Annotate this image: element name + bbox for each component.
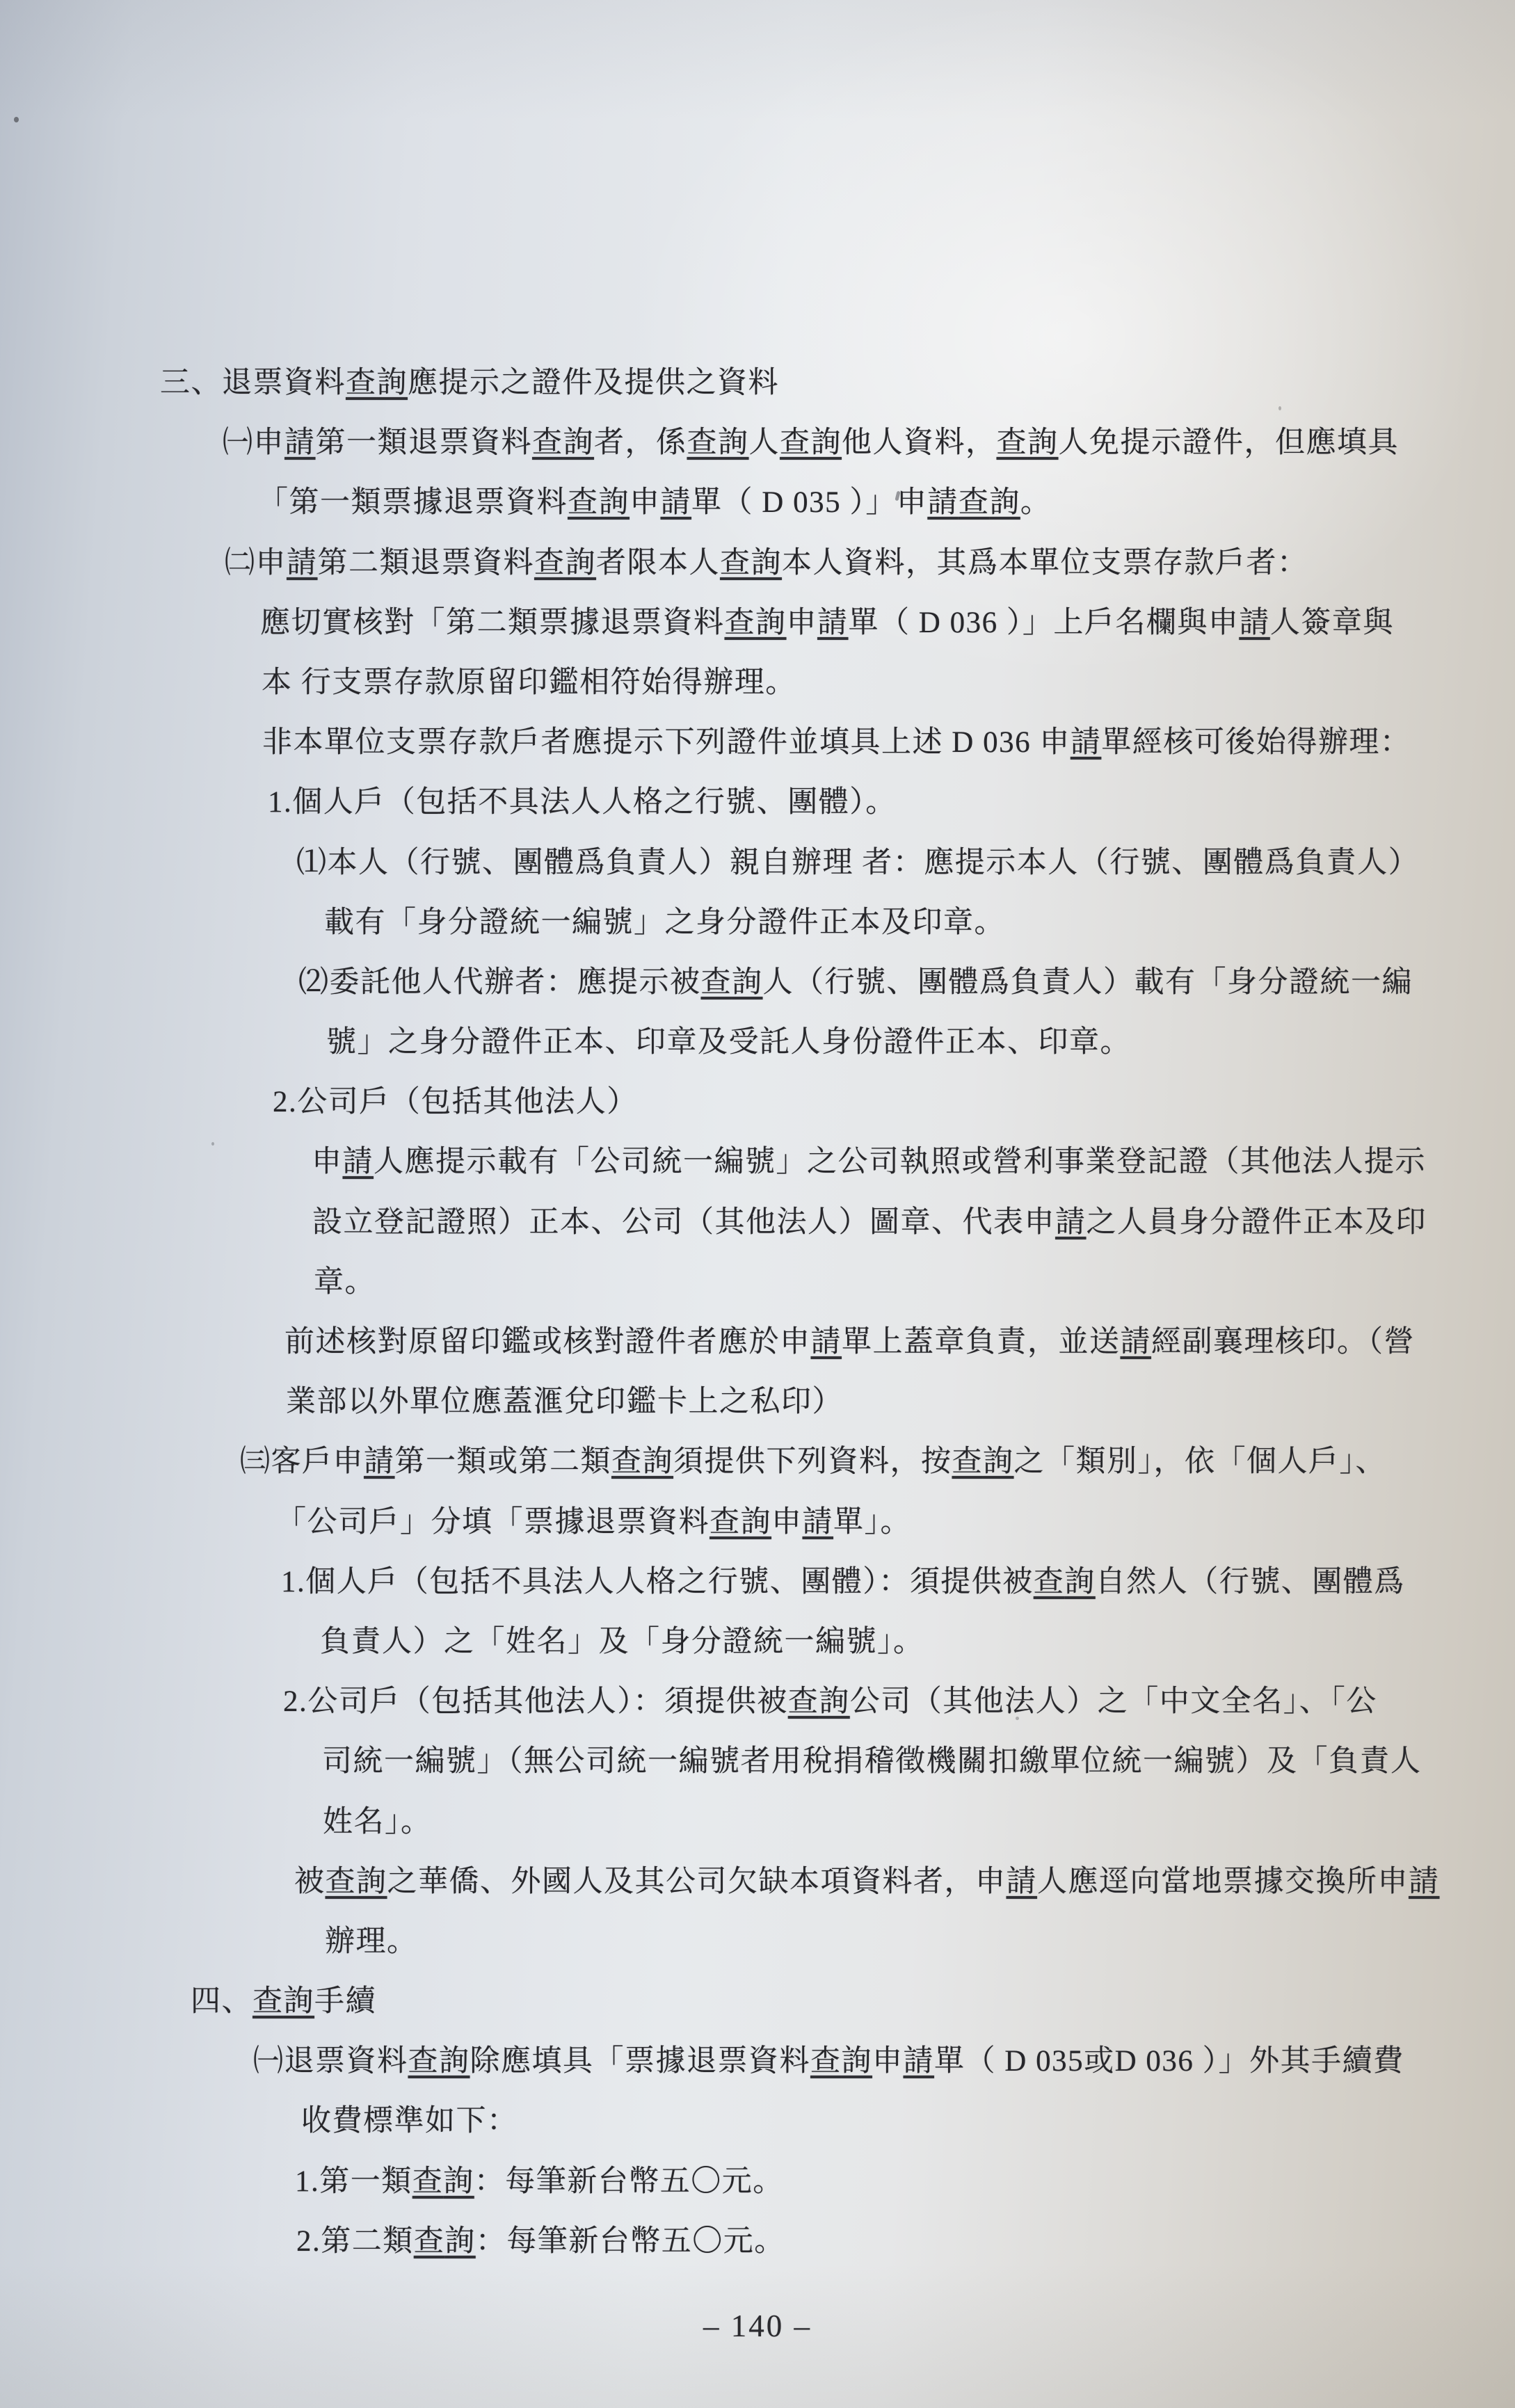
text-line: 申請人應提示載有「公司統一編號」之公司執照或營利事業登記證（其他法人提示 (312, 1132, 1515, 1192)
text-line: 2.公司戶（包括其他法人） (273, 1073, 1515, 1132)
text-line: 1.個人戶（包括不具法人人格之行號、團體）。 (268, 773, 1515, 833)
text-line: 被查詢之華僑、外國人及其公司欠缺本項資料者，申請人應逕向當地票據交換所申請 (294, 1852, 1515, 1912)
text-line: 章。 (314, 1253, 1515, 1313)
text-line: 收費標準如下： (301, 2092, 1515, 2151)
text-line: ㈠退票資料查詢除應填具「票據退票資料查詢申請單（ D 035或D 036 ）」外… (253, 2032, 1515, 2092)
text-line: 1.第一類查詢：每筆新台幣五〇元。 (295, 2152, 1515, 2212)
text-line: ㈡申請第二類退票資料查詢者限本人查詢本人資料，其爲本單位支票存款戶者： (225, 533, 1515, 593)
text-line: ㈠申請第一類退票資料查詢者，係查詢人查詢他人資料，查詢人免提示證件，但應填具 (223, 413, 1515, 473)
scan-speck (211, 1142, 214, 1146)
text-line: 設立登記證照）正本、公司（其他法人）圖章、代表申請之人員身分證件正本及印 (312, 1193, 1515, 1253)
text-line: 應切實核對「第二類票據退票資料查詢申請單（ D 036 ）」上戶名欄與申請人簽章… (260, 593, 1515, 653)
text-line: 「第一類票據退票資料查詢申請單（ D 035 ）」申請查詢。 (258, 473, 1515, 533)
text-line: 「公司戶」分填「票據退票資料查詢申請單」。 (276, 1493, 1515, 1552)
text-line: 2.公司戶（包括其他法人）：須提供被查詢公司（其他法人）之「中文全名」、「公 (283, 1672, 1515, 1732)
text-line: 三、退票資料查詢應提示之證件及提供之資料 (160, 353, 1515, 413)
scan-speck (447, 1527, 450, 1532)
text-line: ⑵委託他人代辦者：應提示被查詢人（行號、團體爲負責人）載有「身分證統一編 (298, 953, 1515, 1013)
text-line: 1.個人戶（包括不具法人人格之行號、團體）：須提供被查詢自然人（行號、團體爲 (281, 1552, 1515, 1612)
text-line: 辦理。 (325, 1912, 1515, 1972)
text-line: 本 行支票存款原留印鑑相符始得辦理。 (262, 653, 1515, 713)
text-line: 姓名」。 (323, 1792, 1515, 1852)
text-line: ㈢客戶申請第一類或第二類查詢須提供下列資料，按查詢之「類別」，依「個人戶」、 (240, 1432, 1515, 1492)
document-body: 三、退票資料查詢應提示之證件及提供之資料㈠申請第一類退票資料查詢者，係查詢人查詢… (0, 353, 1515, 2272)
text-line: 司統一編號」（無公司統一編號者用稅捐稽徵機關扣繳單位統一編號）及「負責人 (322, 1732, 1515, 1792)
text-line: ⑴本人（行號、團體爲負責人）親自辦理 者：應提示本人（行號、團體爲負責人） (296, 833, 1515, 893)
scanned-document-page: 三、退票資料查詢應提示之證件及提供之資料㈠申請第一類退票資料查詢者，係查詢人查詢… (0, 0, 1515, 2408)
text-line: 業部以外單位應蓋滙兌印鑑卡上之私印） (286, 1372, 1515, 1432)
text-line: 非本單位支票存款戶者應提示下列證件並填具上述 D 036 申請單經核可後始得辦理… (262, 713, 1515, 773)
text-line: 四、查詢手續 (191, 1972, 1515, 2032)
scan-speck (1016, 1717, 1019, 1720)
scan-speck (14, 117, 19, 122)
text-line: 前述核對原留印鑑或核對證件者應於申請單上蓋章負責，並送請經副襄理核印。（營 (284, 1313, 1515, 1372)
scan-speck (1278, 406, 1281, 410)
text-line: 2.第二類查詢：每筆新台幣五〇元。 (296, 2212, 1515, 2272)
page-number: – 140 – (0, 2308, 1515, 2344)
text-line: 號」之身分證件正本、印章及受託人身份證件正本、印章。 (326, 1013, 1515, 1073)
text-line: 載有「身分證統一編號」之身分證件正本及印章。 (324, 893, 1515, 953)
text-line: 負責人）之「姓名」及「身分證統一編號」。 (320, 1612, 1515, 1672)
